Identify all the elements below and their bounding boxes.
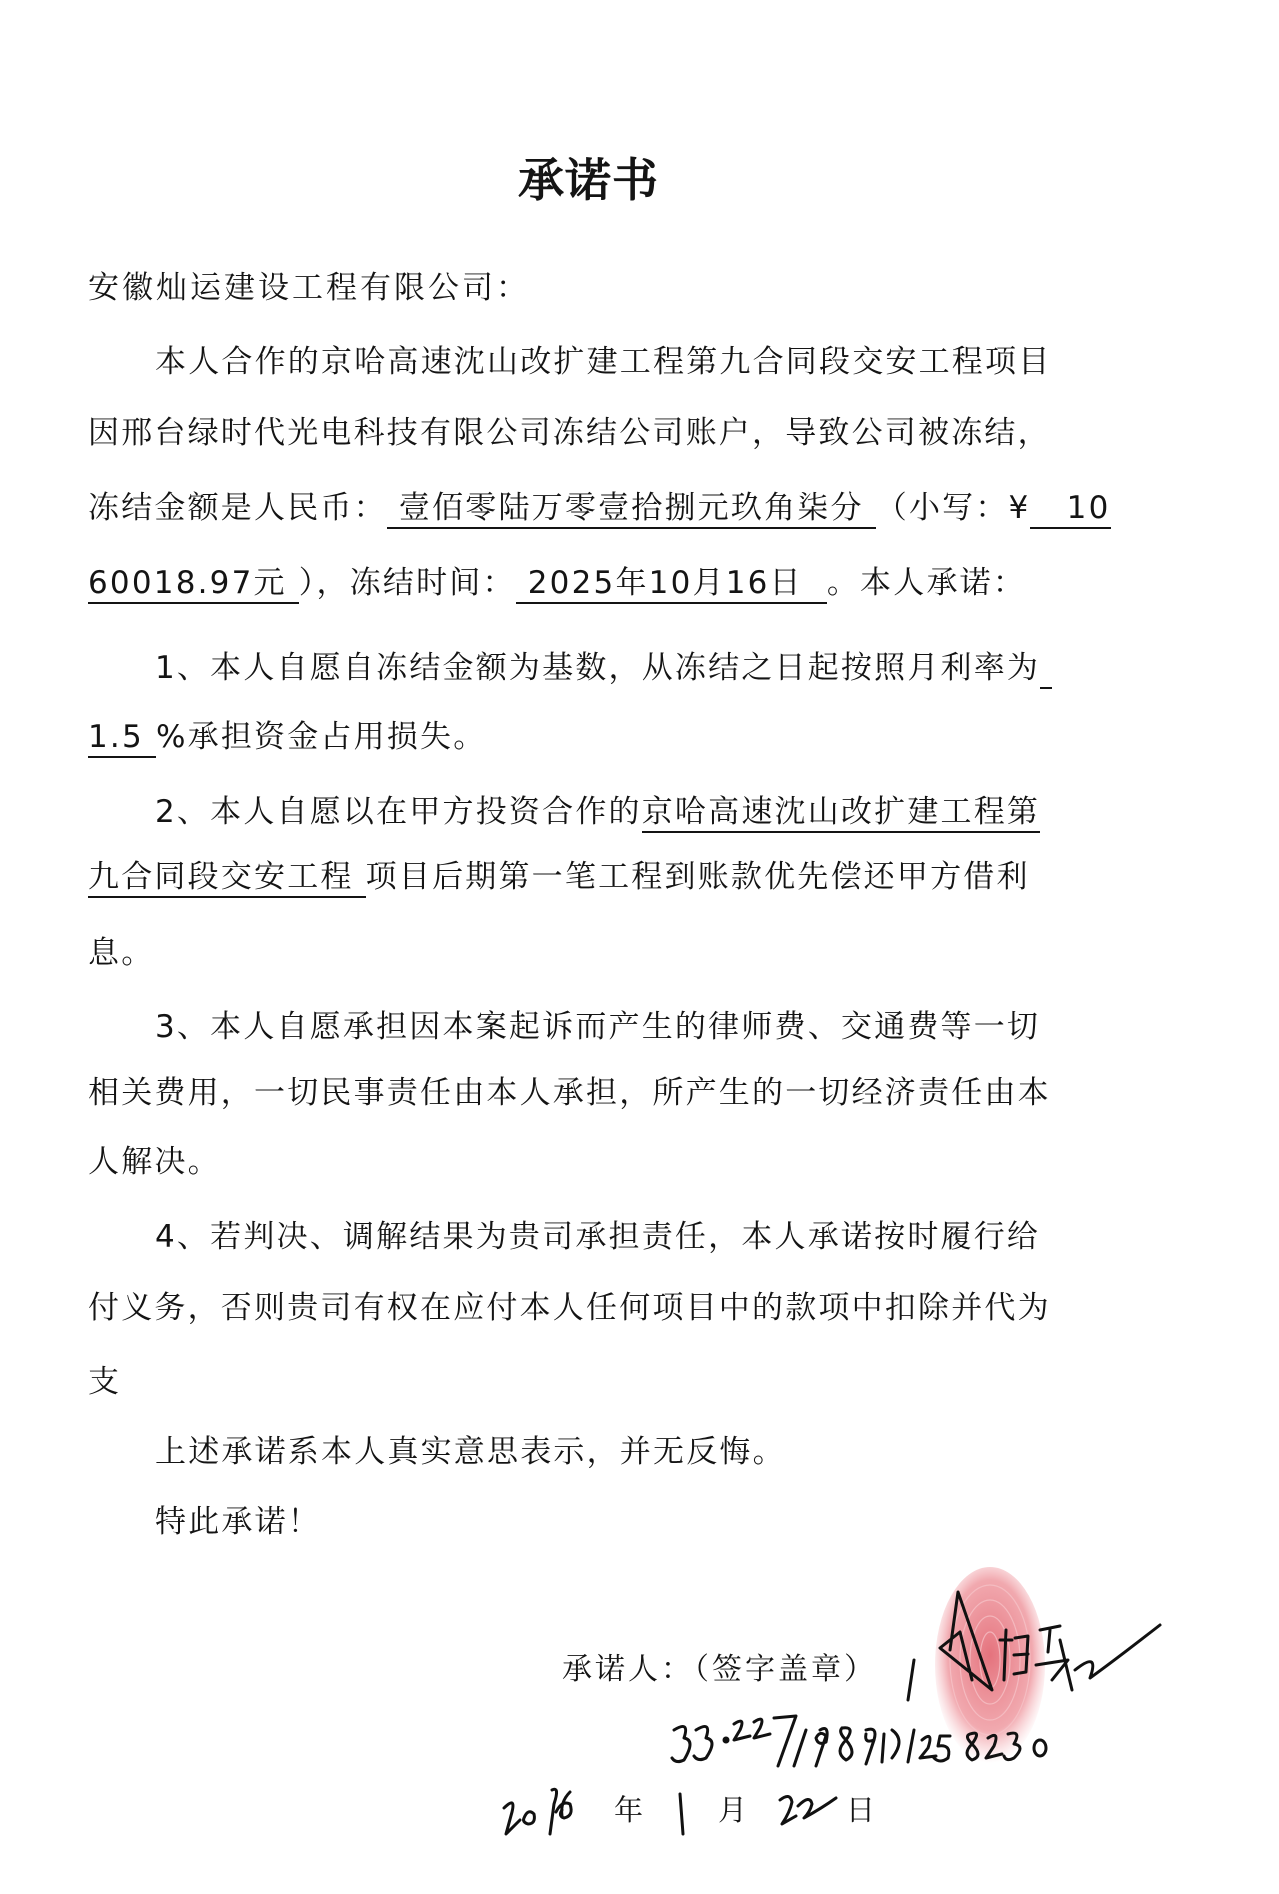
project-name-part2: 九合同段交安工程 bbox=[88, 859, 366, 898]
clause-3-line-3: 人解决。 bbox=[88, 1142, 221, 1182]
clause-3-line-2: 相关费用，一切民事责任由本人承担，所产生的一切经济责任由本 bbox=[88, 1073, 1051, 1113]
amount-figure-part2: 60018.97元 bbox=[88, 565, 299, 604]
amount-label: 冻结金额是人民币： bbox=[88, 490, 387, 526]
intro-line-1: 本人合作的京哈高速沈山改扩建工程第九合同段交安工程项目 bbox=[155, 342, 1051, 382]
clause-3-line-1: 3、本人自愿承担因本案起诉而产生的律师费、交通费等一切 bbox=[155, 1007, 1040, 1047]
clause-1-line-2: 1.5 %承担资金占用损失。 bbox=[88, 717, 486, 757]
amount-in-words: 壹佰零陆万零壹拾捌元玖角柒分 bbox=[387, 490, 876, 529]
handwritten-signature bbox=[900, 1580, 1170, 1710]
closing-commit: 特此承诺！ bbox=[155, 1502, 321, 1542]
date-year-label: 年 bbox=[614, 1792, 643, 1828]
handwritten-date-day bbox=[776, 1788, 856, 1838]
commit-label: 。本人承诺： bbox=[827, 565, 1026, 601]
interest-rate: 1.5 bbox=[88, 719, 144, 758]
clause-4-line-1: 4、若判决、调解结果为贵司承担责任，本人承诺按时履行给 bbox=[155, 1217, 1040, 1257]
addressee: 安徽灿运建设工程有限公司： bbox=[88, 268, 530, 308]
amount-figure-part1: 10 bbox=[1030, 490, 1110, 529]
intro-line-2: 因邢台绿时代光电科技有限公司冻结公司账户，导致公司被冻结， bbox=[88, 413, 1051, 453]
handwritten-date-year bbox=[500, 1782, 620, 1842]
date-month-label: 月 bbox=[718, 1792, 747, 1828]
freeze-date: 2025年10月16日 bbox=[516, 565, 827, 604]
intro-line-4: 60018.97元 ），冻结时间： 2025年10月16日 。本人承诺： bbox=[88, 563, 1026, 603]
clause-4-line-3: 支 bbox=[88, 1362, 121, 1402]
clause-2-line-1: 2、本人自愿以在甲方投资合作的京哈高速沈山改扩建工程第 bbox=[155, 792, 1040, 832]
amount-figure-label: （小写：¥ bbox=[876, 490, 1031, 526]
clause-1-line-1: 1、本人自愿自冻结金额为基数，从冻结之日起按照月利率为 bbox=[155, 648, 1052, 688]
document-title: 承诺书 bbox=[518, 150, 659, 210]
project-name-part1: 京哈高速沈山改扩建工程第 bbox=[642, 794, 1040, 833]
document-page: 承诺书 安徽灿运建设工程有限公司： 本人合作的京哈高速沈山改扩建工程第九合同段交… bbox=[0, 0, 1279, 1894]
date-day-label: 日 bbox=[846, 1792, 875, 1828]
clause-2-line-2: 九合同段交安工程 项目后期第一笔工程到账款优先偿还甲方借利 bbox=[88, 857, 1030, 897]
handwritten-id-number bbox=[670, 1700, 1110, 1770]
closing-statement: 上述承诺系本人真实意思表示，并无反悔。 bbox=[155, 1432, 786, 1472]
clause-4-line-2: 付义务，否则贵司有权在应付本人任何项目中的款项中扣除并代为 bbox=[88, 1288, 1051, 1328]
clause-2-line-3: 息。 bbox=[88, 933, 154, 973]
intro-line-3: 冻结金额是人民币： 壹佰零陆万零壹拾捌元玖角柒分 （小写：¥ 10 bbox=[88, 488, 1111, 528]
handwritten-date-month bbox=[672, 1790, 692, 1840]
freeze-time-label: ），冻结时间： bbox=[299, 565, 516, 601]
signatory-label: 承诺人：（签字盖章） bbox=[562, 1650, 877, 1690]
